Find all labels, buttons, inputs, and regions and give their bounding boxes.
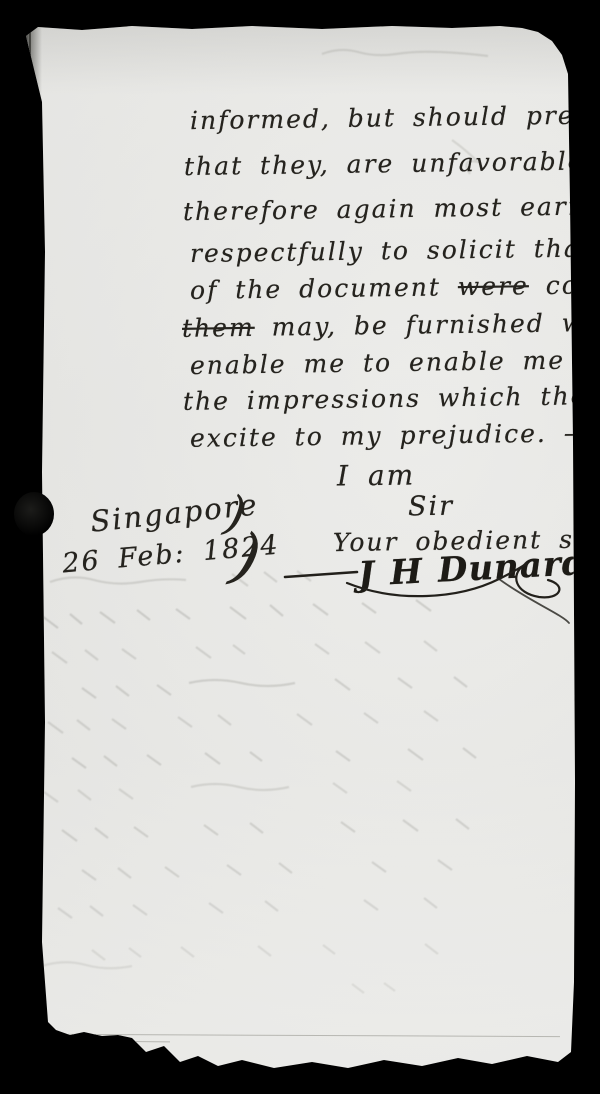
line-text: informed, but should presum <box>190 100 575 135</box>
manuscript-page: informed, but should presum that they, a… <box>22 22 575 1070</box>
signature-flourish <box>277 557 575 637</box>
line-text: that they, are unfavorable. I <box>184 146 575 181</box>
letter-line: respectfully to solicit that s <box>190 233 575 268</box>
binding-knot <box>14 492 54 536</box>
closing-i-am: I am <box>337 458 416 492</box>
letter-line: informed, but should presum <box>190 100 575 135</box>
struck-word: them <box>182 313 255 343</box>
closing-sir: Sir <box>408 491 454 523</box>
line-text: the impressions which they <box>183 381 575 416</box>
letter-line: therefore again most earnestl <box>183 191 575 226</box>
letter-line: the impressions which they <box>183 381 575 416</box>
line-text: cont <box>529 270 575 300</box>
letter-line: excite to my prejudice. — <box>190 418 575 453</box>
line-text: respectfully to solicit that s <box>190 233 575 268</box>
line-text: excite to my prejudice. — <box>190 418 575 453</box>
binding-gutter-shadow <box>22 22 42 1070</box>
line-text: enable me to enable me to <box>190 345 575 380</box>
letter-line: them may, be furnished w <box>182 308 575 343</box>
line-text: therefore again most earnestl <box>183 191 575 226</box>
under-page-edge-line <box>74 1041 170 1043</box>
letter-line: of the document were cont <box>190 270 575 305</box>
letter-line: enable me to enable me to <box>190 345 575 380</box>
scanned-manuscript-photo: informed, but should presum that they, a… <box>0 0 600 1094</box>
line-text: may, be furnished w <box>254 308 575 342</box>
struck-word: were <box>458 271 529 301</box>
letter-line: that they, are unfavorable. I <box>184 146 575 181</box>
line-text: of the document <box>190 272 458 305</box>
